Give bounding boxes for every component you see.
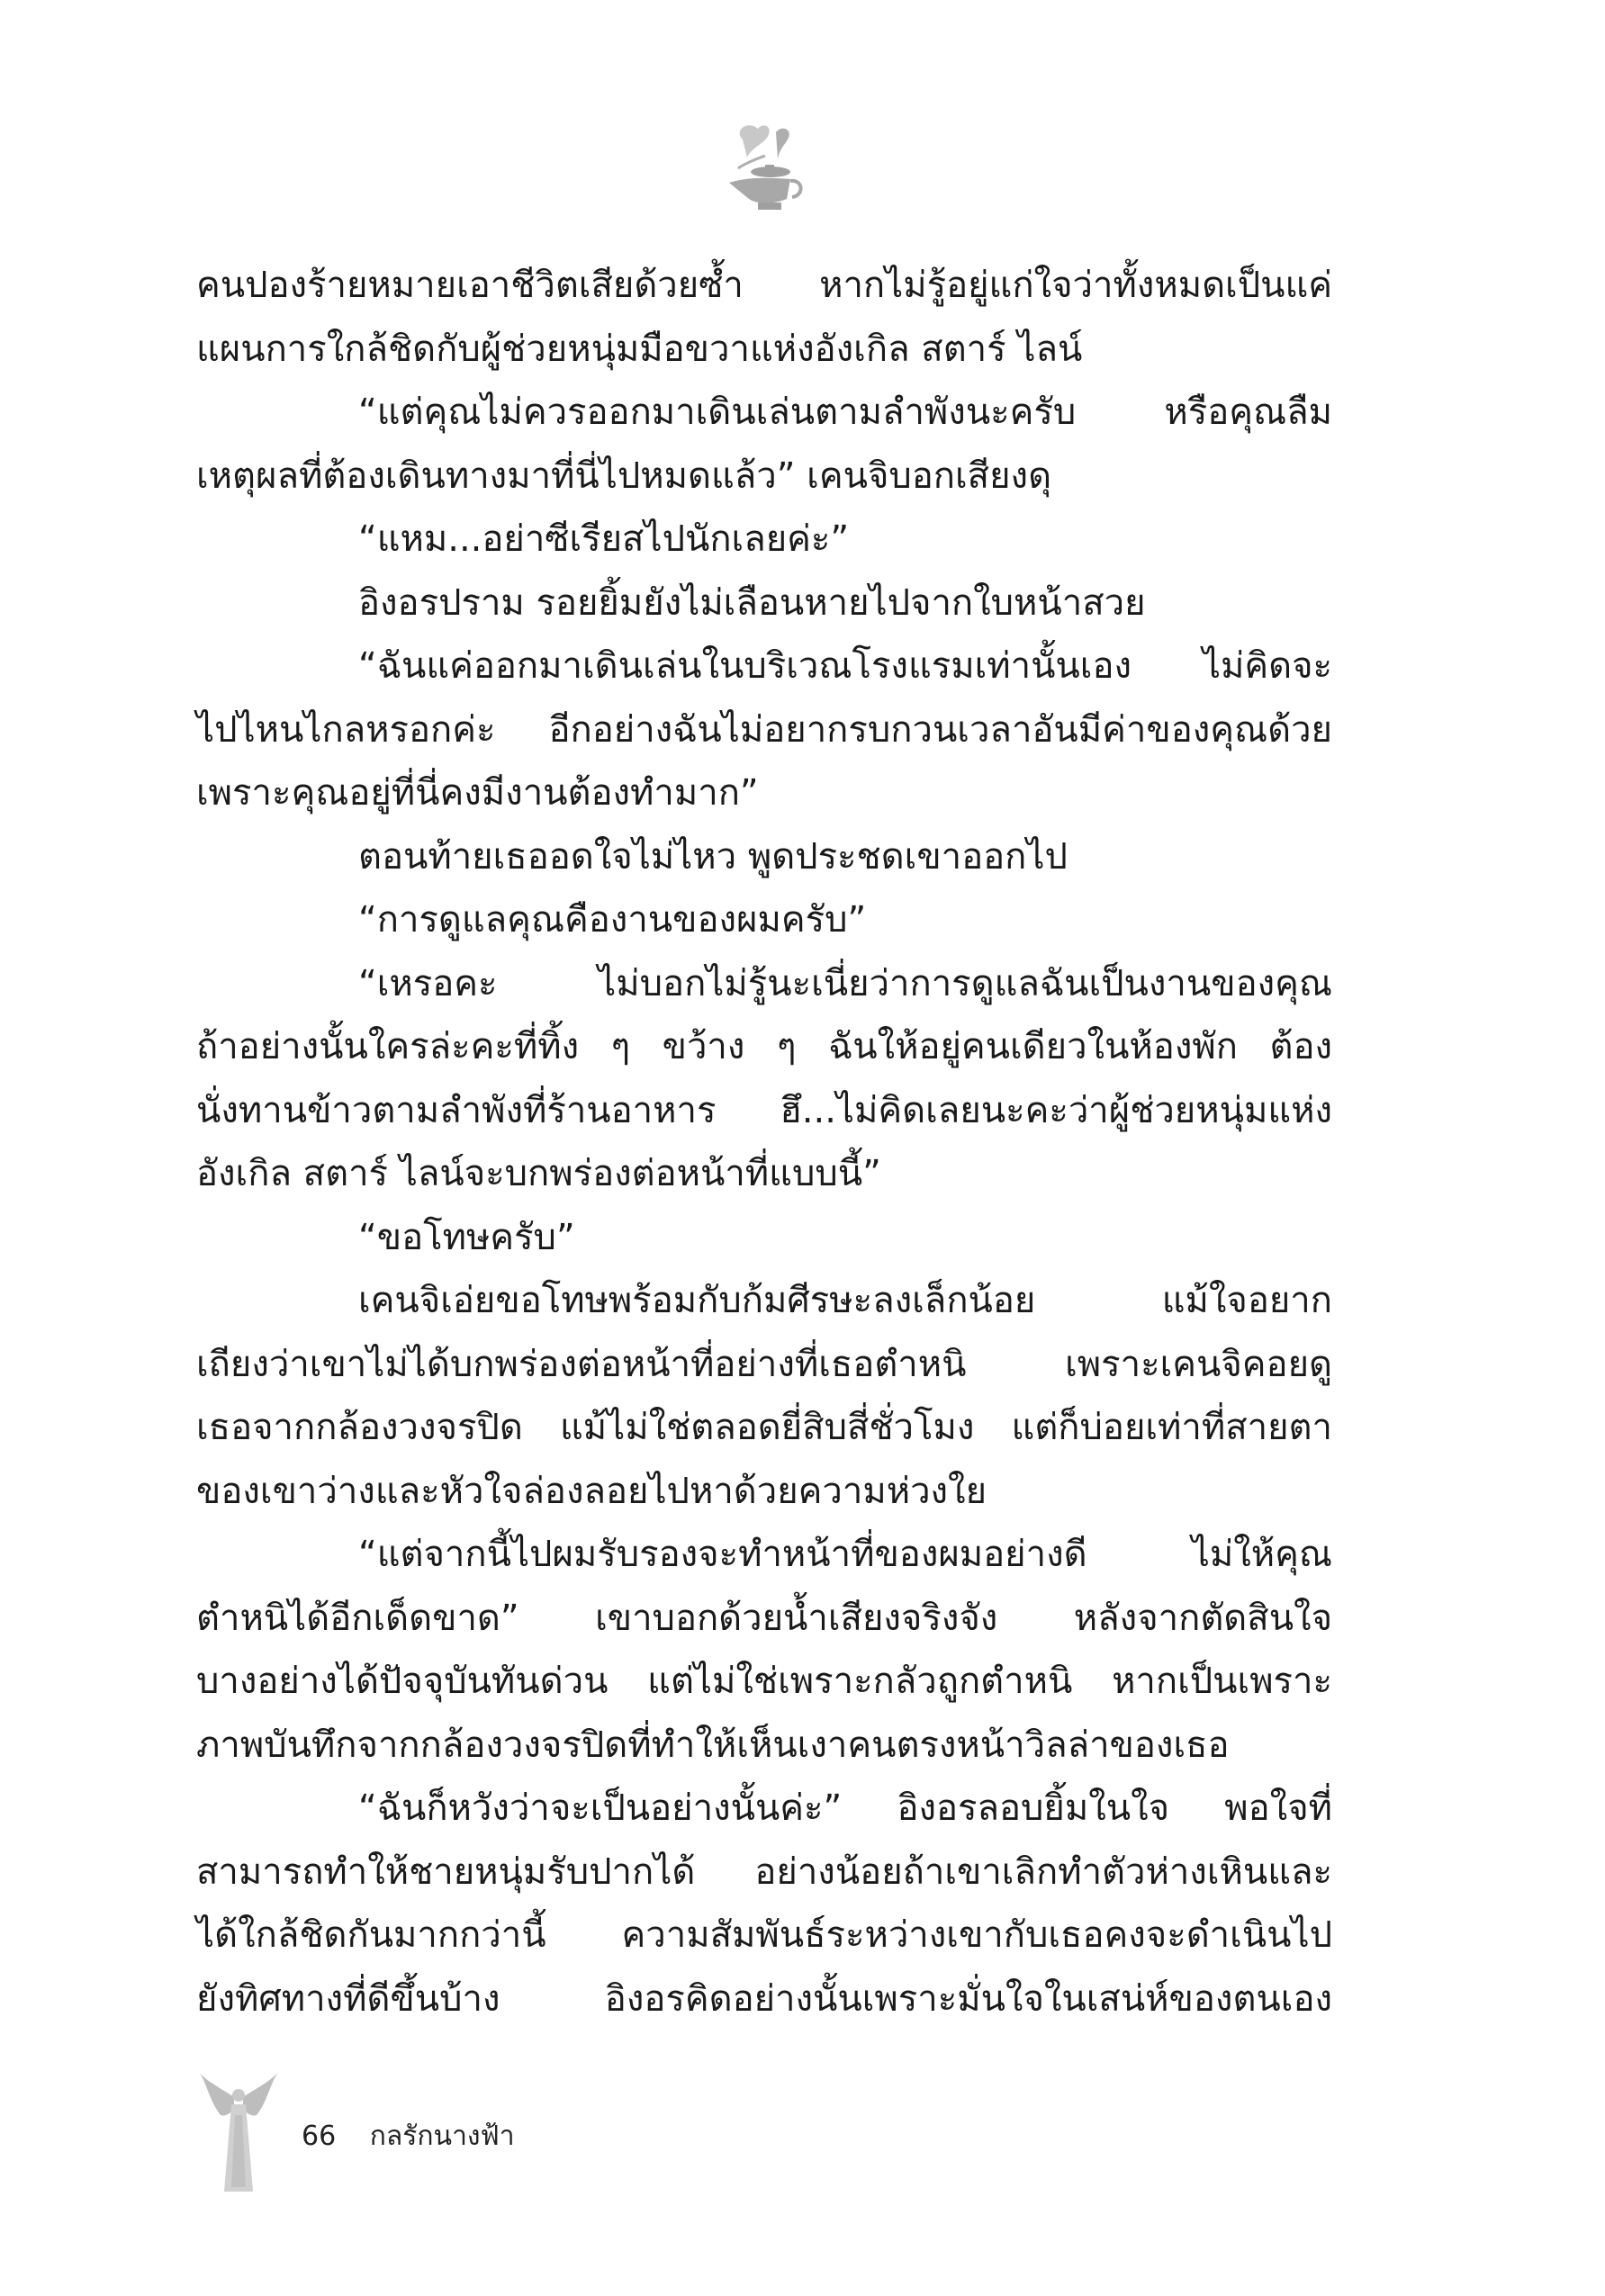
page-footer: 66 กลรักนางฟ้า (194, 2061, 824, 2223)
page-number: 66 (302, 2120, 336, 2152)
text-line: “แต่คุณไม่ควรออกมาเดินเล่นตามลำพังนะครับ… (196, 381, 1332, 445)
text-line: ได้ใกล้ชิดกันมากกว่านี้ ความสัมพันธ์ระหว… (196, 1904, 1332, 1967)
text-line: ของเขาว่างและหัวใจล่องลอยไปหาด้วยความห่ว… (196, 1460, 1332, 1524)
text-line: “ฉันแค่ออกมาเดินเล่นในบริเวณโรงแรมเท่านั… (196, 635, 1332, 698)
text-line: “เหรอคะ ไม่บอกไม่รู้นะเนี่ยว่าการดูแลฉัน… (196, 952, 1332, 1016)
text-line: นั่งทานข้าวตามลำพังที่ร้านอาหาร ฮึ...ไม่… (196, 1079, 1332, 1143)
text-line: “แต่จากนี้ไปผมรับรองจะทำหน้าที่ของผมอย่า… (196, 1523, 1332, 1587)
text-line: เหตุผลที่ต้องเดินทางมาที่นี่ไปหมดแล้ว” เ… (196, 445, 1332, 509)
text-line: ตำหนิได้อีกเด็ดขาด” เขาบอกด้วยน้ำเสียงจร… (196, 1587, 1332, 1651)
text-line: ภาพบันทึกจากกล้องวงจรปิดที่ทำให้เห็นเงาค… (196, 1714, 1332, 1778)
text-line: เธอจากกล้องวงจรปิด แม้ไม่ใช่ตลอดยี่สิบสี… (196, 1396, 1332, 1460)
text-line: คนปองร้ายหมายเอาชีวิตเสียด้วยซ้ำ หากไม่ร… (196, 254, 1332, 318)
text-line: อิงอรปราม รอยยิ้มยังไม่เลือนหายไปจากใบหน… (196, 572, 1332, 635)
text-line: ยังทิศทางที่ดีขึ้นบ้าง อิงอรคิดอย่างนั้น… (196, 1967, 1332, 2031)
book-page: คนปองร้ายหมายเอาชีวิตเสียด้วยซ้ำ หากไม่ร… (0, 0, 1605, 2296)
text-line: “ฉันก็หวังว่าจะเป็นอย่างนั้นค่ะ” อิงอรลอ… (196, 1777, 1332, 1841)
text-line: ตอนท้ายเธออดใจไม่ไหว พูดประชดเขาออกไป (196, 825, 1332, 889)
text-line: ไปไหนไกลหรอกค่ะ อีกอย่างฉันไม่อยากรบกวนเ… (196, 698, 1332, 762)
text-line: แผนการใกล้ชิดกับผู้ช่วยหนุ่มมือขวาแห่งอั… (196, 318, 1332, 382)
text-line: “แหม...อย่าซีเรียสไปนักเลยค่ะ” (196, 508, 1332, 572)
text-line: ถ้าอย่างนั้นใครล่ะคะที่ทิ้ง ๆ ขว้าง ๆ ฉั… (196, 1015, 1332, 1079)
book-title: กลรักนางฟ้า (370, 2120, 515, 2152)
text-line: เคนจิเอ่ยขอโทษพร้อมกับก้มศีรษะลงเล็กน้อย… (196, 1269, 1332, 1333)
text-line: บางอย่างได้ปัจจุบันทันด่วน แต่ไม่ใช่เพรา… (196, 1650, 1332, 1714)
page-folio: 66 กลรักนางฟ้า (302, 2115, 515, 2157)
text-line: สามารถทำให้ชายหนุ่มรับปากได้ อย่างน้อยถ้… (196, 1841, 1332, 1904)
text-line: “ขอโทษครับ” (196, 1206, 1332, 1270)
text-line: เพราะคุณอยู่ที่นี่คงมีงานต้องทำมาก” (196, 761, 1332, 825)
text-line: อังเกิล สตาร์ ไลน์จะบกพร่องต่อหน้าที่แบบ… (196, 1142, 1332, 1206)
angel-icon (194, 2061, 284, 2205)
text-line: “การดูแลคุณคืองานของผมครับ” (196, 888, 1332, 952)
body-text: คนปองร้ายหมายเอาชีวิตเสียด้วยซ้ำ หากไม่ร… (196, 254, 1332, 2030)
lamp-icon (711, 113, 819, 221)
text-line: เถียงว่าเขาไม่ได้บกพร่องต่อหน้าที่อย่างท… (196, 1333, 1332, 1397)
